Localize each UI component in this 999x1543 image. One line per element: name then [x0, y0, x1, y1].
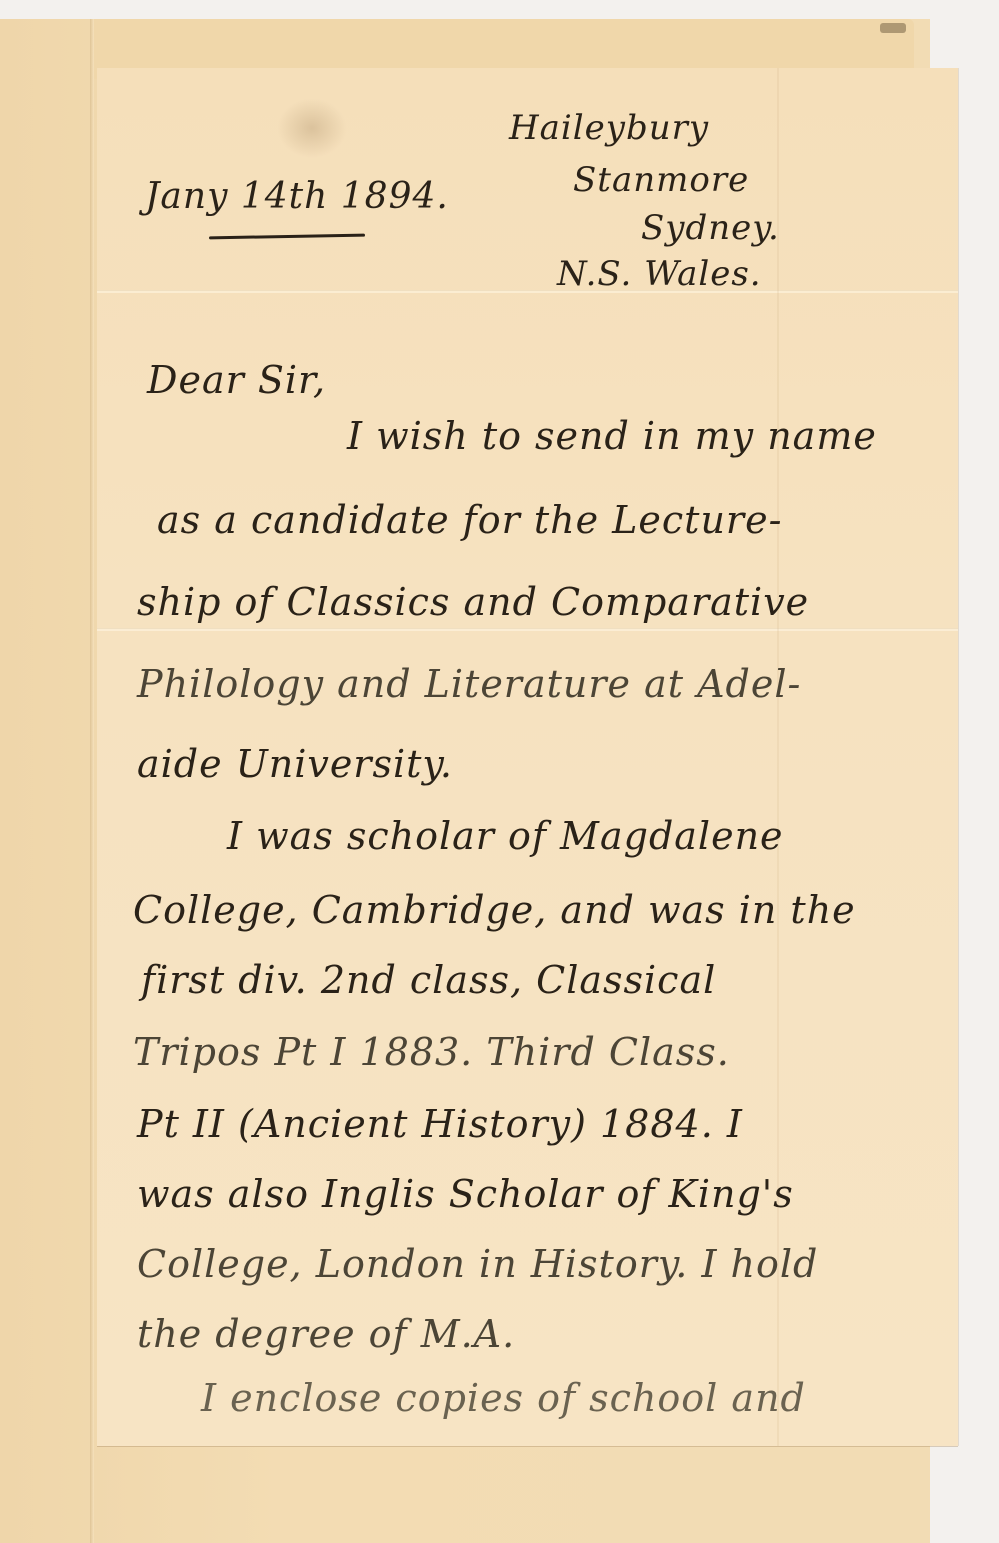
- page-fold: [90, 19, 94, 1543]
- address-line: Stanmore: [573, 160, 749, 200]
- address-line: Haileybury: [509, 108, 709, 148]
- paper-crease: [777, 68, 779, 1446]
- letter-page: Jany 14th 1894. Haileybury Stanmore Sydn…: [97, 68, 958, 1446]
- address-line: Sydney.: [641, 208, 780, 248]
- body-line: as a candidate for the Lecture-: [157, 498, 782, 542]
- paper-stain: [277, 98, 347, 158]
- body-line: ship of Classics and Comparative: [137, 580, 809, 624]
- body-line: I was scholar of Magdalene: [227, 814, 784, 858]
- body-line: first div. 2nd class, Classical: [141, 958, 716, 1002]
- paper-crease: [97, 290, 958, 293]
- body-line: I wish to send in my name: [347, 414, 877, 458]
- body-line: aide University.: [137, 742, 453, 786]
- body-line: was also Inglis Scholar of King's: [137, 1172, 794, 1216]
- corner-stain: [880, 23, 906, 33]
- body-line: Philology and Literature at Adel-: [137, 662, 801, 706]
- body-line: College, London in History. I hold: [137, 1242, 818, 1286]
- body-line: Pt II (Ancient History) 1884. I: [137, 1102, 743, 1146]
- body-line: Tripos Pt I 1883. Third Class.: [133, 1030, 730, 1074]
- paper-crease: [97, 628, 958, 631]
- address-line: N.S. Wales.: [557, 254, 762, 294]
- body-line: the degree of M.A.: [137, 1312, 515, 1356]
- salutation: Dear Sir,: [147, 358, 326, 402]
- letter-date: Jany 14th 1894.: [145, 176, 449, 217]
- body-line: I enclose copies of school and: [201, 1376, 806, 1420]
- body-line: College, Cambridge, and was in the: [133, 888, 856, 932]
- date-underline: [209, 234, 365, 240]
